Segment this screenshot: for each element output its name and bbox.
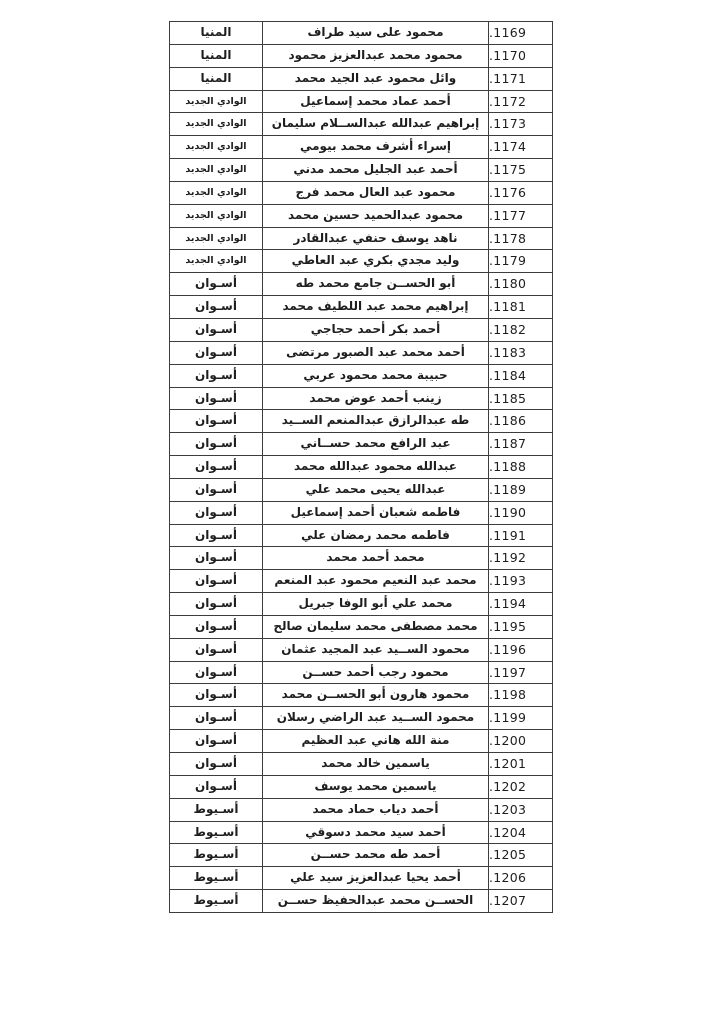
governorate: الوادي الجديد bbox=[170, 90, 263, 113]
serial-number: 1175. bbox=[489, 159, 553, 182]
table-row: 1185.زينب أحمد عوض محمدأسـوان bbox=[170, 387, 553, 410]
table-row: 1196.محمود الســيد عبد المجيد عثمانأسـوا… bbox=[170, 638, 553, 661]
serial-number: 1181. bbox=[489, 296, 553, 319]
table-row: 1187.عبد الرافع محمد حســانيأسـوان bbox=[170, 433, 553, 456]
governorate: أسـيوط bbox=[170, 821, 263, 844]
table-row: 1199.محمود الســيد عبد الراضي رسلانأسـوا… bbox=[170, 707, 553, 730]
governorate: المنيا bbox=[170, 67, 263, 90]
person-name: فاطمه شعبان أحمد إسماعيل bbox=[263, 501, 489, 524]
table-row: 1172.أحمد عماد محمد إسماعيلالوادي الجديد bbox=[170, 90, 553, 113]
governorate: أسـوان bbox=[170, 524, 263, 547]
person-name: عبدالله محمود عبدالله محمد bbox=[263, 456, 489, 479]
person-name: محمود عبد العال محمد فرج bbox=[263, 181, 489, 204]
serial-number: 1191. bbox=[489, 524, 553, 547]
table-row: 1181.إبراهيم محمد عبد اللطيف محمدأسـوان bbox=[170, 296, 553, 319]
serial-number: 1194. bbox=[489, 593, 553, 616]
governorate: أسـيوط bbox=[170, 844, 263, 867]
table-row: 1184.حبيبة محمد محمود عربيأسـوان bbox=[170, 364, 553, 387]
table-row: 1180.أبو الحســن جامع محمد طهأسـوان bbox=[170, 273, 553, 296]
table-row: 1198.محمود هارون أبو الحســن محمدأسـوان bbox=[170, 684, 553, 707]
governorate: أسـوان bbox=[170, 615, 263, 638]
table-row: 1190.فاطمه شعبان أحمد إسماعيلأسـوان bbox=[170, 501, 553, 524]
governorate: أسـوان bbox=[170, 456, 263, 479]
governorate: الوادي الجديد bbox=[170, 250, 263, 273]
serial-number: 1203. bbox=[489, 798, 553, 821]
governorate: أسـوان bbox=[170, 661, 263, 684]
person-name: محمد علي أبو الوفا جبريل bbox=[263, 593, 489, 616]
governorate: أسـيوط bbox=[170, 867, 263, 890]
person-name: فاطمه محمد رمضان علي bbox=[263, 524, 489, 547]
governorate: المنيا bbox=[170, 44, 263, 67]
serial-number: 1169. bbox=[489, 22, 553, 45]
serial-number: 1198. bbox=[489, 684, 553, 707]
governorate: أسـيوط bbox=[170, 798, 263, 821]
serial-number: 1193. bbox=[489, 570, 553, 593]
person-name: عبدالله يحيى محمد علي bbox=[263, 478, 489, 501]
table-row: 1205.أحمد طه محمد حســنأسـيوط bbox=[170, 844, 553, 867]
person-name: عبد الرافع محمد حســاني bbox=[263, 433, 489, 456]
serial-number: 1196. bbox=[489, 638, 553, 661]
document-page: 1169.محمود على سيد طرافالمنيا1170.محمود … bbox=[0, 0, 720, 1018]
governorate: أسـوان bbox=[170, 341, 263, 364]
serial-number: 1170. bbox=[489, 44, 553, 67]
serial-number: 1190. bbox=[489, 501, 553, 524]
person-name: وائل محمود عبد الجيد محمد bbox=[263, 67, 489, 90]
governorate: أسـوان bbox=[170, 775, 263, 798]
person-name: محمد مصطفى محمد سليمان صالح bbox=[263, 615, 489, 638]
person-name: إبراهيم عبدالله عبدالســلام سليمان bbox=[263, 113, 489, 136]
serial-number: 1205. bbox=[489, 844, 553, 867]
person-name: محمود الســيد عبد الراضي رسلان bbox=[263, 707, 489, 730]
person-name: أحمد عبد الجليل محمد مدني bbox=[263, 159, 489, 182]
governorate: أسـوان bbox=[170, 707, 263, 730]
serial-number: 1173. bbox=[489, 113, 553, 136]
person-name: ياسمين محمد يوسف bbox=[263, 775, 489, 798]
table-row: 1200.منة الله هاني عبد العظيمأسـوان bbox=[170, 730, 553, 753]
table-row: 1178.ناهد يوسف حنفي عبدالقادرالوادي الجد… bbox=[170, 227, 553, 250]
governorate: أسـوان bbox=[170, 547, 263, 570]
person-name: ياسمين خالد محمد bbox=[263, 753, 489, 776]
serial-number: 1201. bbox=[489, 753, 553, 776]
person-name: أحمد طه محمد حســن bbox=[263, 844, 489, 867]
governorate: أسـوان bbox=[170, 433, 263, 456]
governorate: أسـوان bbox=[170, 273, 263, 296]
table-row: 1183.أحمد محمد عبد الصبور مرتضىأسـوان bbox=[170, 341, 553, 364]
serial-number: 1207. bbox=[489, 890, 553, 913]
governorate: الوادي الجديد bbox=[170, 159, 263, 182]
governorate: أسـوان bbox=[170, 364, 263, 387]
serial-number: 1186. bbox=[489, 410, 553, 433]
serial-number: 1197. bbox=[489, 661, 553, 684]
serial-number: 1188. bbox=[489, 456, 553, 479]
person-name: محمود على سيد طراف bbox=[263, 22, 489, 45]
person-name: وليد مجدي بكري عبد العاطي bbox=[263, 250, 489, 273]
serial-number: 1174. bbox=[489, 136, 553, 159]
serial-number: 1204. bbox=[489, 821, 553, 844]
serial-number: 1187. bbox=[489, 433, 553, 456]
person-name: زينب أحمد عوض محمد bbox=[263, 387, 489, 410]
governorate: أسـوان bbox=[170, 593, 263, 616]
table-row: 1174.إسراء أشرف محمد بيوميالوادي الجديد bbox=[170, 136, 553, 159]
person-name: إسراء أشرف محمد بيومي bbox=[263, 136, 489, 159]
serial-number: 1185. bbox=[489, 387, 553, 410]
serial-number: 1195. bbox=[489, 615, 553, 638]
table-row: 1188.عبدالله محمود عبدالله محمدأسـوان bbox=[170, 456, 553, 479]
person-name: محمد أحمد محمد bbox=[263, 547, 489, 570]
person-name: محمود هارون أبو الحســن محمد bbox=[263, 684, 489, 707]
serial-number: 1199. bbox=[489, 707, 553, 730]
person-name: الحســن محمد عبدالحفيظ حســن bbox=[263, 890, 489, 913]
person-name: أحمد عماد محمد إسماعيل bbox=[263, 90, 489, 113]
table-row: 1182.أحمد بكر أحمد حجاجيأسـوان bbox=[170, 318, 553, 341]
governorate: أسـوان bbox=[170, 410, 263, 433]
serial-number: 1172. bbox=[489, 90, 553, 113]
table-row: 1203.أحمد دياب حماد محمدأسـيوط bbox=[170, 798, 553, 821]
person-name: طه عبدالرازق عبدالمنعم الســيد bbox=[263, 410, 489, 433]
serial-number: 1178. bbox=[489, 227, 553, 250]
serial-number: 1179. bbox=[489, 250, 553, 273]
person-name: محمود محمد عبدالعزيز محمود bbox=[263, 44, 489, 67]
governorate: الوادي الجديد bbox=[170, 181, 263, 204]
governorate: أسـوان bbox=[170, 684, 263, 707]
person-name: محمود عبدالحميد حسين محمد bbox=[263, 204, 489, 227]
governorate: أسـوان bbox=[170, 638, 263, 661]
table-row: 1191.فاطمه محمد رمضان عليأسـوان bbox=[170, 524, 553, 547]
person-name: منة الله هاني عبد العظيم bbox=[263, 730, 489, 753]
governorate: أسـوان bbox=[170, 478, 263, 501]
serial-number: 1176. bbox=[489, 181, 553, 204]
serial-number: 1184. bbox=[489, 364, 553, 387]
governorate: أسـوان bbox=[170, 387, 263, 410]
serial-number: 1183. bbox=[489, 341, 553, 364]
table-row: 1197.محمود رجب أحمد حســنأسـوان bbox=[170, 661, 553, 684]
governorate: المنيا bbox=[170, 22, 263, 45]
person-name: أبو الحســن جامع محمد طه bbox=[263, 273, 489, 296]
serial-number: 1171. bbox=[489, 67, 553, 90]
serial-number: 1206. bbox=[489, 867, 553, 890]
governorate: أسـوان bbox=[170, 570, 263, 593]
table-row: 1179.وليد مجدي بكري عبد العاطيالوادي الج… bbox=[170, 250, 553, 273]
person-name: أحمد بكر أحمد حجاجي bbox=[263, 318, 489, 341]
governorate: أسـوان bbox=[170, 753, 263, 776]
governorate: أسـيوط bbox=[170, 890, 263, 913]
table-row: 1201.ياسمين خالد محمدأسـوان bbox=[170, 753, 553, 776]
roster-table: 1169.محمود على سيد طرافالمنيا1170.محمود … bbox=[169, 21, 553, 913]
table-row: 1170.محمود محمد عبدالعزيز محمودالمنيا bbox=[170, 44, 553, 67]
table-row: 1176.محمود عبد العال محمد فرجالوادي الجد… bbox=[170, 181, 553, 204]
table-row: 1171.وائل محمود عبد الجيد محمدالمنيا bbox=[170, 67, 553, 90]
person-name: محمود الســيد عبد المجيد عثمان bbox=[263, 638, 489, 661]
serial-number: 1200. bbox=[489, 730, 553, 753]
serial-number: 1192. bbox=[489, 547, 553, 570]
table-row: 1192.محمد أحمد محمدأسـوان bbox=[170, 547, 553, 570]
person-name: إبراهيم محمد عبد اللطيف محمد bbox=[263, 296, 489, 319]
governorate: الوادي الجديد bbox=[170, 136, 263, 159]
serial-number: 1189. bbox=[489, 478, 553, 501]
table-row: 1195.محمد مصطفى محمد سليمان صالحأسـوان bbox=[170, 615, 553, 638]
governorate: أسـوان bbox=[170, 318, 263, 341]
governorate: الوادي الجديد bbox=[170, 113, 263, 136]
serial-number: 1202. bbox=[489, 775, 553, 798]
table-row: 1202.ياسمين محمد يوسفأسـوان bbox=[170, 775, 553, 798]
person-name: حبيبة محمد محمود عربي bbox=[263, 364, 489, 387]
governorate: الوادي الجديد bbox=[170, 204, 263, 227]
governorate: أسـوان bbox=[170, 296, 263, 319]
person-name: ناهد يوسف حنفي عبدالقادر bbox=[263, 227, 489, 250]
governorate: أسـوان bbox=[170, 501, 263, 524]
governorate: أسـوان bbox=[170, 730, 263, 753]
table-row: 1169.محمود على سيد طرافالمنيا bbox=[170, 22, 553, 45]
person-name: أحمد دياب حماد محمد bbox=[263, 798, 489, 821]
person-name: محمود رجب أحمد حســن bbox=[263, 661, 489, 684]
table-row: 1207.الحســن محمد عبدالحفيظ حســنأسـيوط bbox=[170, 890, 553, 913]
table-row: 1186.طه عبدالرازق عبدالمنعم الســيدأسـوا… bbox=[170, 410, 553, 433]
table-row: 1194.محمد علي أبو الوفا جبريلأسـوان bbox=[170, 593, 553, 616]
table-row: 1173.إبراهيم عبدالله عبدالســلام سليمانا… bbox=[170, 113, 553, 136]
roster-body: 1169.محمود على سيد طرافالمنيا1170.محمود … bbox=[170, 22, 553, 913]
person-name: محمد عبد النعيم محمود عبد المنعم bbox=[263, 570, 489, 593]
serial-number: 1177. bbox=[489, 204, 553, 227]
serial-number: 1182. bbox=[489, 318, 553, 341]
person-name: أحمد سيد محمد دسوقي bbox=[263, 821, 489, 844]
governorate: الوادي الجديد bbox=[170, 227, 263, 250]
table-row: 1175.أحمد عبد الجليل محمد مدنيالوادي الج… bbox=[170, 159, 553, 182]
table-row: 1204.أحمد سيد محمد دسوقيأسـيوط bbox=[170, 821, 553, 844]
table-row: 1206.أحمد يحيا عبدالعزيز سيد عليأسـيوط bbox=[170, 867, 553, 890]
serial-number: 1180. bbox=[489, 273, 553, 296]
person-name: أحمد يحيا عبدالعزيز سيد علي bbox=[263, 867, 489, 890]
person-name: أحمد محمد عبد الصبور مرتضى bbox=[263, 341, 489, 364]
table-row: 1189.عبدالله يحيى محمد عليأسـوان bbox=[170, 478, 553, 501]
table-row: 1177.محمود عبدالحميد حسين محمدالوادي الج… bbox=[170, 204, 553, 227]
table-row: 1193.محمد عبد النعيم محمود عبد المنعمأسـ… bbox=[170, 570, 553, 593]
